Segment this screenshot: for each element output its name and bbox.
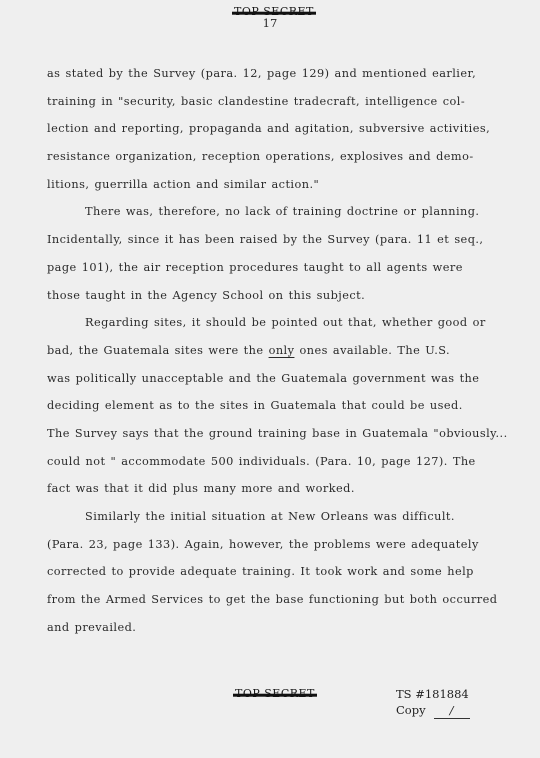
underlined-word: only <box>269 344 295 357</box>
document-body: as stated by the Survey (para. 12, page … <box>47 64 517 645</box>
text-line: lection and reporting, propaganda and ag… <box>47 119 517 147</box>
paragraph: There was, therefore, no lack of trainin… <box>47 202 517 313</box>
ts-number: TS #181884 <box>396 686 470 702</box>
text-line: fact was that it did plus many more and … <box>47 479 517 507</box>
text-line: Similarly the initial situation at New O… <box>47 507 517 535</box>
text-line: was politically unacceptable and the Gua… <box>47 369 517 397</box>
text-line: could not " accommodate 500 individuals.… <box>47 452 517 480</box>
copy-label: Copy <box>396 703 426 717</box>
copy-number: / <box>434 702 470 719</box>
top-secret-stamp-footer: TOP SECRET <box>235 687 315 700</box>
paragraph: Similarly the initial situation at New O… <box>47 507 517 645</box>
text-line: training in "security, basic clandestine… <box>47 92 517 120</box>
page-number: 17 <box>0 16 540 30</box>
text-line: from the Armed Services to get the base … <box>47 590 517 618</box>
text-line: The Survey says that the ground training… <box>47 424 517 452</box>
text-line: bad, the Guatemala sites were the only o… <box>47 341 517 369</box>
text-line: There was, therefore, no lack of trainin… <box>47 202 517 230</box>
control-number-block: TS #181884 Copy/ <box>396 686 470 719</box>
text-line: and prevailed. <box>47 618 517 646</box>
text-line: (Para. 23, page 133). Again, however, th… <box>47 535 517 563</box>
paragraph: Regarding sites, it should be pointed ou… <box>47 313 517 507</box>
text-line: those taught in the Agency School on thi… <box>47 286 517 314</box>
text-line: corrected to provide adequate training. … <box>47 562 517 590</box>
text-line: as stated by the Survey (para. 12, page … <box>47 64 517 92</box>
text-line: litions, guerrilla action and similar ac… <box>47 175 517 203</box>
paragraph: as stated by the Survey (para. 12, page … <box>47 64 517 202</box>
text-line: resistance organization, reception opera… <box>47 147 517 175</box>
text-line: Incidentally, since it has been raised b… <box>47 230 517 258</box>
text-line: page 101), the air reception procedures … <box>47 258 517 286</box>
copy-line: Copy/ <box>396 702 470 719</box>
text-line: Regarding sites, it should be pointed ou… <box>47 313 517 341</box>
text-line: deciding element as to the sites in Guat… <box>47 396 517 424</box>
document-page: TOP SECRET 17 as stated by the Survey (p… <box>0 0 540 758</box>
